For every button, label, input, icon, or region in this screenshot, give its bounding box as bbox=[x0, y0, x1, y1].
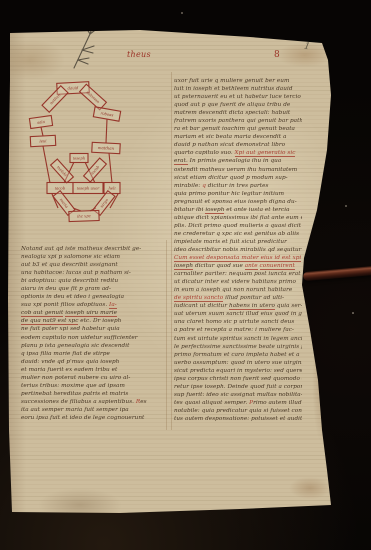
manuscript-line: planu p ista genealogia sic descendit bbox=[21, 342, 163, 350]
diagram-node-label: ioseph bbox=[73, 155, 86, 160]
manuscript-line: nealogia xpi p salomone sic etiam bbox=[21, 253, 163, 261]
manuscript-line: sicut predicta equari in mysterio: sed q… bbox=[174, 367, 302, 375]
manuscript-line: tus autem desponsatione: potuisset et au… bbox=[174, 415, 302, 423]
manuscript-line: una habitacoe: lucas aut p natham si- bbox=[21, 269, 163, 277]
manuscript-line: ut psternauerit eu et ut habetur luce te… bbox=[174, 93, 302, 101]
manuscript-line: in eum a ioseph qui non norunt habitare bbox=[174, 286, 302, 294]
diagram-node-label: matthan bbox=[98, 145, 115, 151]
dust-speck bbox=[352, 312, 354, 314]
manuscript-line: terius tribus: moxime que ad ipsam bbox=[21, 382, 163, 390]
left-text-column: Notand aut qd iste matheus describit ge-… bbox=[21, 245, 163, 422]
manuscript-line: bitatur ibi ioseph et ante iusta et terc… bbox=[174, 206, 302, 214]
manuscript-line: ioseph dicitur quod sue ante conuenirent bbox=[174, 262, 302, 270]
manuscript-line: cob aut genuit ioseph uiru marie bbox=[21, 309, 163, 317]
manuscript-line: primo formatum et caro impleta habet et … bbox=[174, 351, 302, 359]
manuscript-line: notabile: quia predicatur quia si fuisse… bbox=[174, 407, 302, 415]
manuscript-line: aiaru in deu que fit p gram ad- bbox=[21, 285, 163, 293]
diagram-node-label: ioseph uxor bbox=[77, 185, 100, 190]
diagram-node: ioseph uxor bbox=[73, 183, 103, 194]
manuscript-line: quia primo ponitur hic legitur initium bbox=[174, 190, 302, 198]
manuscript-line: plis. Dicit primo quod mulieris a quasi … bbox=[174, 222, 302, 230]
manuscript-line: a patre et recepta a matre: i muliere fa… bbox=[174, 326, 302, 334]
manuscript-line: retur ipse ioseph. Deinde quod fuit a co… bbox=[174, 383, 302, 391]
manuscript-line: mirabile: q dicitur in tres partes bbox=[174, 182, 302, 190]
manuscript-line: Cum esset desponsata mater eius id est x… bbox=[174, 254, 302, 262]
manuscript-line: eoru ipsa fuit et ideo de lege cognoueru… bbox=[21, 414, 163, 422]
manuscript-line: una claret homo sic p uirtute sancti deu… bbox=[174, 318, 302, 326]
diagram-node: ioseph bbox=[70, 154, 88, 163]
diagram-node: leui bbox=[30, 135, 55, 146]
diagram-node-label: heli bbox=[108, 185, 116, 190]
manuscript-line: ideo describitur nobis mirabilis qd sequ… bbox=[174, 246, 302, 254]
diagram-node-label: leui bbox=[39, 138, 47, 143]
manuscript-line: pertinebat hereditas patris et matris bbox=[21, 390, 163, 398]
diagram-node: nathan bbox=[42, 86, 68, 112]
manuscript-line: dauid: vnde qd p'mus quia ioseph bbox=[21, 358, 163, 366]
manuscript-line: mulier non poterat nubere cu uiro al- bbox=[21, 374, 163, 382]
diagram-connector bbox=[109, 153, 112, 183]
manuscript-line: sicut etiam dicitur quod p modum sup- bbox=[174, 174, 302, 182]
manuscript-line: uerbo assumptum: quod in utero sue uirgi… bbox=[174, 359, 302, 367]
manuscript-line: ita aut semper maria fuit semper ipa bbox=[21, 406, 163, 414]
diagram-node-label: dauid bbox=[67, 85, 79, 91]
diagram-node: sala bbox=[29, 116, 52, 129]
manuscript-line: mariam et sic beata maria descendit a bbox=[174, 133, 302, 141]
dust-speck bbox=[181, 12, 183, 14]
manuscript-line: sua xpi ponit filios adoptiuos. Ia- bbox=[21, 301, 163, 309]
photo-of-manuscript: theus 8 1 dauidnathansalomonroboassalale… bbox=[0, 0, 371, 550]
manuscript-line: dauid p nathan sicut demonstrat libro bbox=[174, 141, 302, 149]
diagram-node: roboas bbox=[93, 107, 120, 121]
manuscript-line: ut dicatur inter est videre habitans pri… bbox=[174, 278, 302, 286]
diagram-node-label: iacob bbox=[55, 185, 66, 190]
diagram-connector bbox=[43, 146, 50, 183]
manuscript-line: aut b3 et qua describit assignant bbox=[21, 261, 163, 269]
manuscript-line: uxor fuit urie q muliere genuit ber eum bbox=[174, 77, 302, 85]
manuscript-line: Notand aut qd iste matheus describit ge- bbox=[21, 245, 163, 253]
manuscript-line: uat uterum suum sancti illud eius quod i… bbox=[174, 310, 302, 318]
book-pointer-rod bbox=[303, 266, 371, 281]
diagram-node: matthan bbox=[92, 142, 120, 153]
dust-speck bbox=[345, 205, 347, 207]
manuscript-line: successiones de filiabus a sapientibus. … bbox=[21, 398, 163, 406]
manuscript-line: ne fuit pater xpi sed habetur quia bbox=[21, 325, 163, 333]
manuscript-line: matrem descendit dicta speciali: habuit bbox=[174, 109, 302, 117]
manuscript-line: sup fuerit: ideo sic assignat multas nob… bbox=[174, 391, 302, 399]
manuscript-line: ra et bar genuit ioachim qui genuit beat… bbox=[174, 125, 302, 133]
manuscript-line: iudicant ut dicitur habens in utero quia… bbox=[174, 302, 302, 310]
manuscript-line: et maria fuerit ex eadem tribu et bbox=[21, 366, 163, 374]
manuscript-line: optionis in deu et ideo i genealogia bbox=[21, 293, 163, 301]
manuscript-line: erat. In primis genealogia ihu in qua bbox=[174, 157, 302, 165]
manuscript-line: impietate maris et fuit sicut predicitur bbox=[174, 238, 302, 246]
diagram-node: salomon bbox=[80, 84, 107, 109]
manuscript-line: carnaliter pariter: nequam post iuncta e… bbox=[174, 270, 302, 278]
manuscript-line: ne crederetur q xpc sic est genitus ab a… bbox=[174, 230, 302, 238]
diagram-node: ihc xpc bbox=[69, 210, 99, 221]
manuscript-line: tes quasi aliquot semper. Primo autem il… bbox=[174, 399, 302, 407]
manuscript-line: luit in ioseph et bethleem nutritus daui… bbox=[174, 85, 302, 93]
manuscript-line: le perfectissime sanctissime beate uirgi… bbox=[174, 343, 302, 351]
manuscript-line: eodem capitulo non uidetur sufficienter bbox=[21, 334, 163, 342]
manuscript-line: ipsa corpus christi non fuerit sed quomo… bbox=[174, 375, 302, 383]
diagram-connector bbox=[41, 127, 43, 136]
manuscript-line: ubique dicit xpianissimus ibi fiat ante … bbox=[174, 214, 302, 222]
right-text-column: uxor fuit urie q muliere genuit ber euml… bbox=[174, 77, 302, 423]
manuscript-line: bi adoptiuu: quia describit reditu bbox=[21, 277, 163, 285]
manuscript-line: fratrem uxoris panthera qui genuit bar p… bbox=[174, 117, 302, 125]
diagram-connector bbox=[106, 119, 107, 143]
manuscript-line: ostendit matheus ueram ihu humanitatem bbox=[174, 166, 302, 174]
manuscript-line: pregnauit et sponsa eius ioseph digna du… bbox=[174, 198, 302, 206]
manuscript-line: quod aut p que fuerit de aliqua tribu de bbox=[174, 101, 302, 109]
manuscript-line: de qua nat9 est xpc etc. Dr ioseph bbox=[21, 317, 163, 325]
manuscript-line: q ipsa filia marie fiat de stirpe bbox=[21, 350, 163, 358]
manuscript-line: de spiritu sancto illud ponitur ad ulti- bbox=[174, 294, 302, 302]
diagram-node-label: ihc xpc bbox=[77, 213, 92, 219]
manuscript-line: tum est uirtute spiritus sancti in legem… bbox=[174, 335, 302, 343]
manuscript-line: quarto capitulo suo. Xpi aut generatio s… bbox=[174, 149, 302, 157]
